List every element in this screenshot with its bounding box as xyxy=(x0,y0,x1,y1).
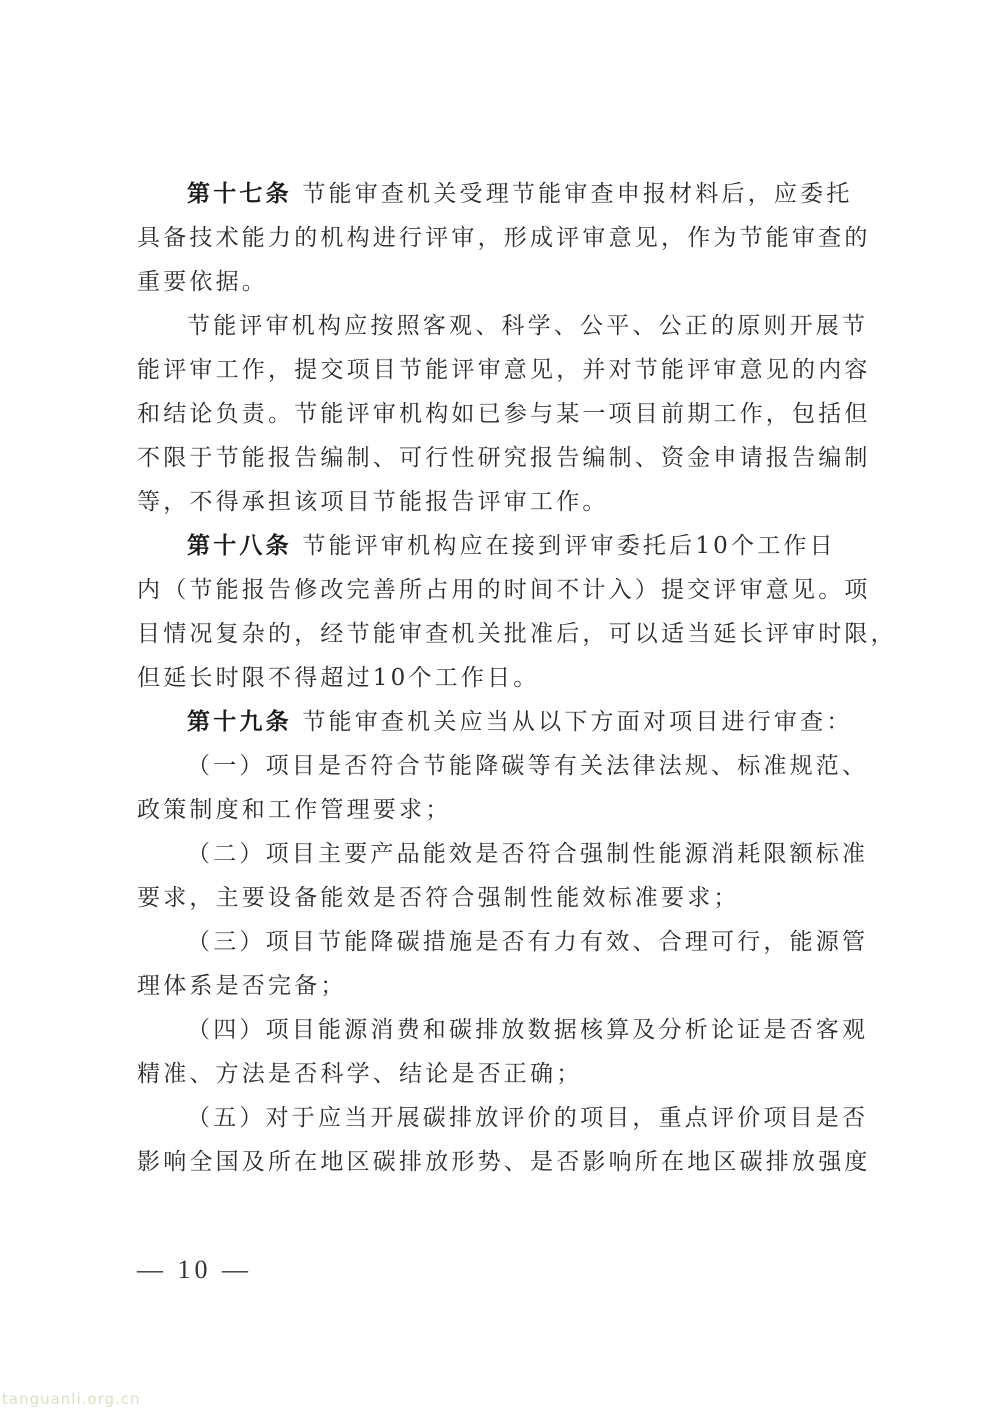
text-line: 政策制度和工作管理要求； xyxy=(137,788,877,832)
text-line: 但延长时限不得超过10个工作日。 xyxy=(137,656,877,700)
text-line: （三）项目节能降碳措施是否有力有效、合理可行，能源管 xyxy=(137,920,877,964)
line-text: 和结论负责。节能评审机构如已参与某一项目前期工作，包括但 xyxy=(137,401,871,427)
watermark: tanguanli.org.cn xyxy=(2,1390,141,1408)
line-text: （三）项目节能降碳措施是否有力有效、合理可行，能源管 xyxy=(187,929,868,955)
line-text: 但延长时限不得超过10个工作日。 xyxy=(137,665,539,691)
text-line: 要求，主要设备能效是否符合强制性能效标准要求； xyxy=(137,876,877,920)
text-line: 目情况复杂的，经节能审查机关批准后，可以适当延长评审时限， xyxy=(137,612,877,656)
text-line: 节能评审机构应按照客观、科学、公平、公正的原则开展节 xyxy=(137,304,877,348)
line-text: 等，不得承担该项目节能报告评审工作。 xyxy=(137,489,609,515)
line-text: 能评审工作，提交项目节能评审意见，并对节能评审意见的内容 xyxy=(137,357,871,383)
article-heading: 第十八条 xyxy=(187,532,292,559)
text-line: 第十七条 节能审查机关受理节能审查申报材料后，应委托 xyxy=(137,172,877,216)
text-line: 重要依据。 xyxy=(137,260,877,304)
line-text: 目情况复杂的，经节能审查机关批准后，可以适当延长评审时限， xyxy=(137,621,897,647)
text-line: 第十八条 节能评审机构应在接到评审委托后10个工作日 xyxy=(137,524,877,568)
text-line: （四）项目能源消费和碳排放数据核算及分析论证是否客观 xyxy=(137,1008,877,1052)
text-line: （五）对于应当开展碳排放评价的项目，重点评价项目是否 xyxy=(137,1096,877,1140)
text-line: （二）项目主要产品能效是否符合强制性能源消耗限额标准 xyxy=(137,832,877,876)
line-text: 节能审查机关应当从以下方面对项目进行审查： xyxy=(292,709,853,735)
line-text: 不限于节能报告编制、可行性研究报告编制、资金申请报告编制 xyxy=(137,445,871,471)
text-line: 影响全国及所在地区碳排放形势、是否影响所在地区碳排放强度 xyxy=(137,1140,877,1184)
line-text: 精准、方法是否科学、结论是否正确； xyxy=(137,1061,582,1087)
text-line: （一）项目是否符合节能降碳等有关法律法规、标准规范、 xyxy=(137,744,877,788)
text-line: 能评审工作，提交项目节能评审意见，并对节能评审意见的内容 xyxy=(137,348,877,392)
text-line: 内（节能报告修改完善所占用的时间不计入）提交评审意见。项 xyxy=(137,568,877,612)
line-text: 理体系是否完备； xyxy=(137,973,347,999)
line-text: 节能评审机构应按照客观、科学、公平、公正的原则开展节 xyxy=(187,313,868,339)
line-text: 重要依据。 xyxy=(137,269,268,295)
line-text: 具备技术能力的机构进行评审，形成评审意见，作为节能审查的 xyxy=(137,225,871,251)
document-body: 第十七条 节能审查机关受理节能审查申报材料后，应委托具备技术能力的机构进行评审，… xyxy=(137,172,877,1184)
line-text: 节能评审机构应在接到评审委托后10个工作日 xyxy=(292,533,836,559)
line-text: 要求，主要设备能效是否符合强制性能效标准要求； xyxy=(137,885,740,911)
text-line: 精准、方法是否科学、结论是否正确； xyxy=(137,1052,877,1096)
text-line: 理体系是否完备； xyxy=(137,964,877,1008)
text-line: 不限于节能报告编制、可行性研究报告编制、资金申请报告编制 xyxy=(137,436,877,480)
line-text: 政策制度和工作管理要求； xyxy=(137,797,451,823)
line-text: （五）对于应当开展碳排放评价的项目，重点评价项目是否 xyxy=(187,1105,868,1131)
text-line: 具备技术能力的机构进行评审，形成评审意见，作为节能审查的 xyxy=(137,216,877,260)
line-text: （一）项目是否符合节能降碳等有关法律法规、标准规范、 xyxy=(187,753,868,779)
line-text: （二）项目主要产品能效是否符合强制性能源消耗限额标准 xyxy=(187,841,868,867)
line-text: 内（节能报告修改完善所占用的时间不计入）提交评审意见。项 xyxy=(137,577,871,603)
article-heading: 第十九条 xyxy=(187,708,292,735)
line-text: 影响全国及所在地区碳排放形势、是否影响所在地区碳排放强度 xyxy=(137,1149,871,1175)
text-line: 和结论负责。节能评审机构如已参与某一项目前期工作，包括但 xyxy=(137,392,877,436)
line-text: 节能审查机关受理节能审查申报材料后，应委托 xyxy=(292,181,853,207)
page-number: — 10 — xyxy=(137,1255,252,1285)
article-heading: 第十七条 xyxy=(187,180,292,207)
text-line: 第十九条 节能审查机关应当从以下方面对项目进行审查： xyxy=(137,700,877,744)
text-line: 等，不得承担该项目节能报告评审工作。 xyxy=(137,480,877,524)
line-text: （四）项目能源消费和碳排放数据核算及分析论证是否客观 xyxy=(187,1017,868,1043)
